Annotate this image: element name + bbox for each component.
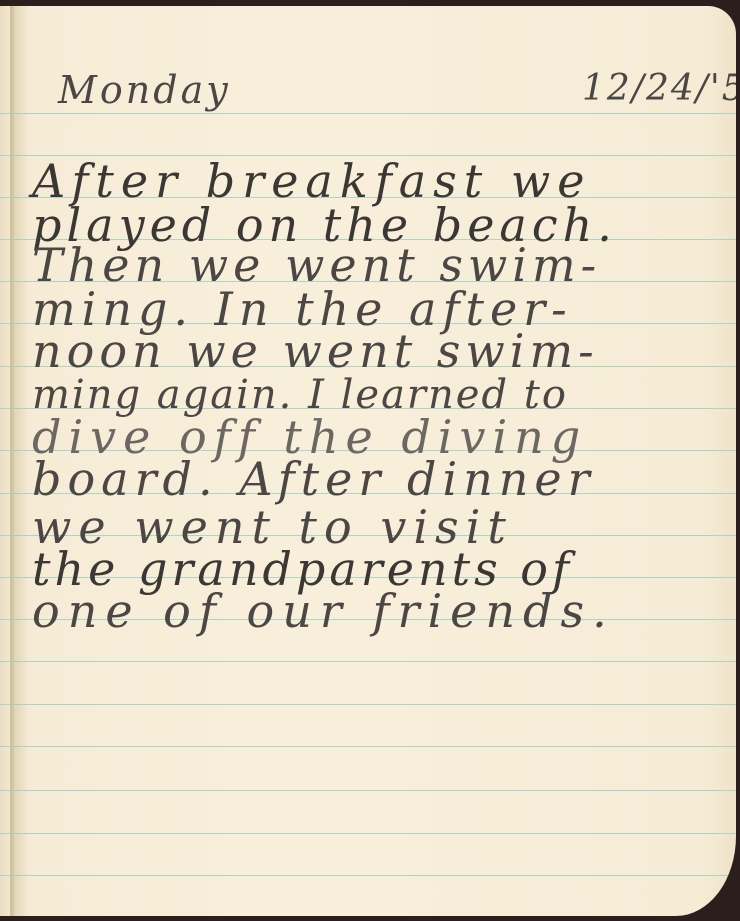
ruled-line xyxy=(0,833,736,834)
ruled-line xyxy=(0,704,736,705)
ruled-line xyxy=(0,875,736,876)
page-spine-fold xyxy=(10,6,14,916)
ruled-line xyxy=(0,113,736,114)
entry-line: noon we went swim- xyxy=(32,324,599,378)
entry-day: Monday xyxy=(58,68,231,112)
entry-date: 12/24/'57 xyxy=(582,68,736,109)
entry-line: one of our friends. xyxy=(32,584,615,638)
notebook-page: Monday 12/24/'57 After breakfast we play… xyxy=(0,6,736,916)
entry-line: board. After dinner xyxy=(32,452,596,506)
ruled-line xyxy=(0,661,736,662)
ruled-line xyxy=(0,790,736,791)
ruled-line xyxy=(0,746,736,747)
